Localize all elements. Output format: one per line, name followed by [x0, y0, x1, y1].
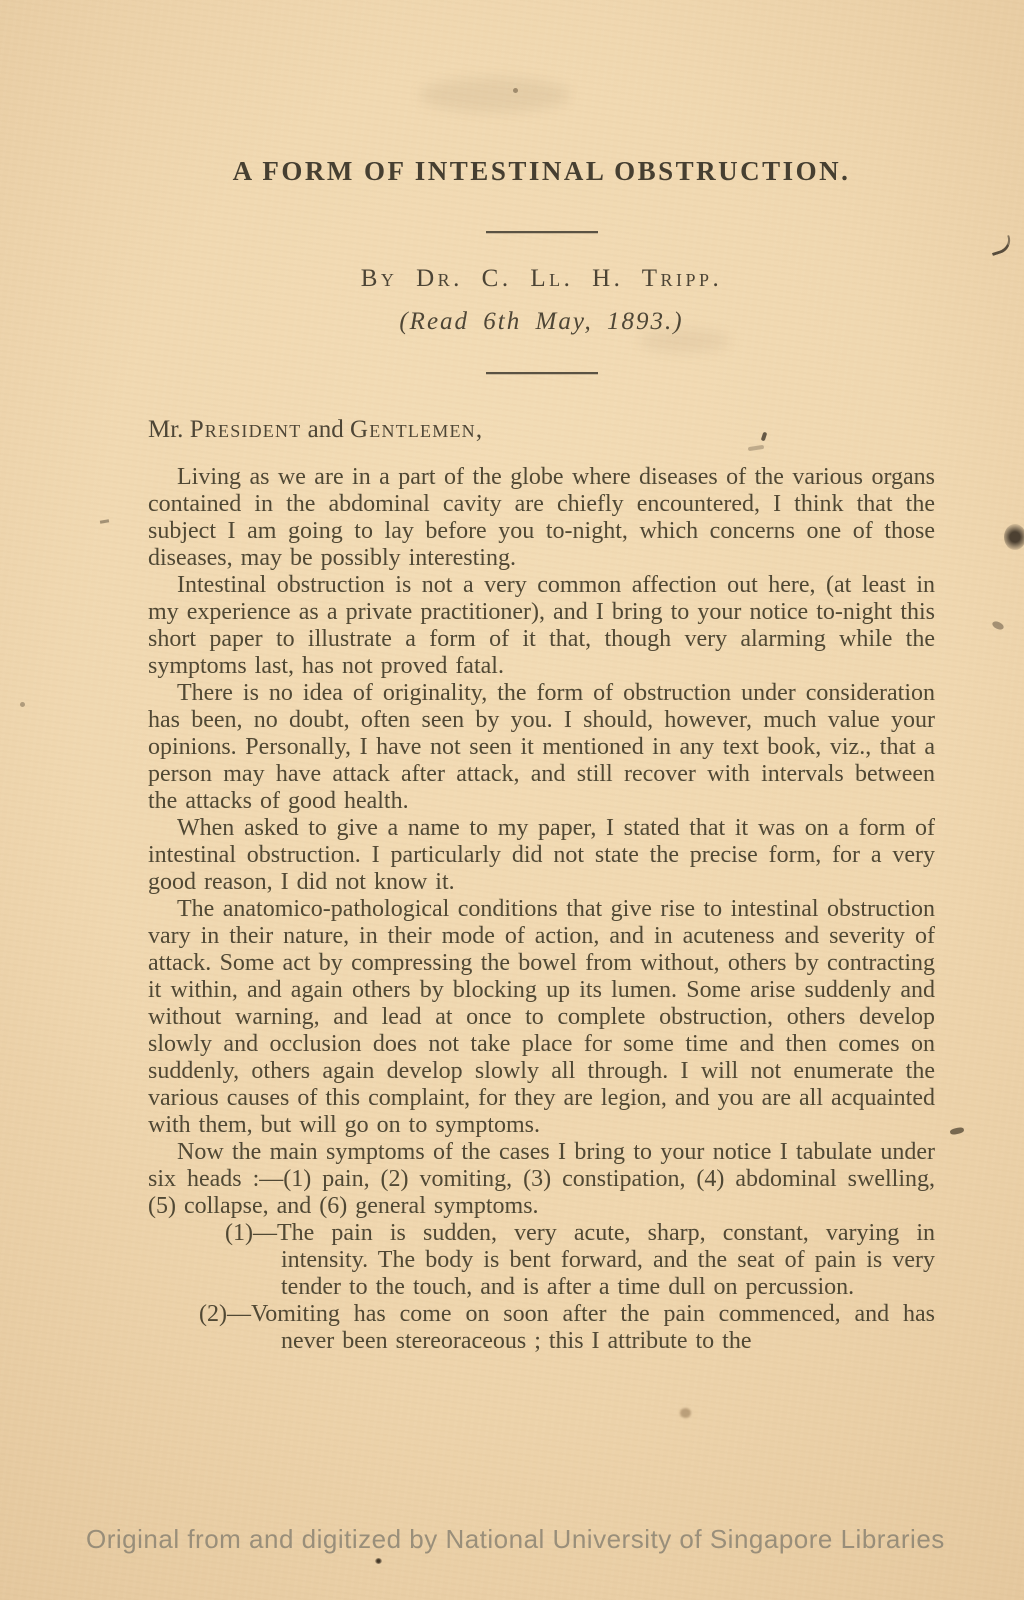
margin-pencil-dash — [100, 519, 109, 524]
salutation-prefix: Mr. — [148, 416, 183, 443]
divider-rule-top — [486, 231, 598, 233]
paragraph-intestinal-obstruction: Intestinal obstruction is not a very com… — [148, 572, 935, 680]
scanned-document-page: A FORM OF INTESTINAL OBSTRUCTION. By Dr.… — [0, 0, 1024, 1600]
paper-stain — [680, 1408, 691, 1418]
read-date-note: (Read 6th May, 1893.) — [148, 308, 935, 336]
page-content: A FORM OF INTESTINAL OBSTRUCTION. By Dr.… — [148, 0, 935, 1355]
paragraph-originality: There is no idea of originality, the for… — [148, 680, 935, 815]
divider-rule-bottom — [486, 372, 598, 374]
edge-ink-blot — [1004, 524, 1024, 550]
paragraph-six-heads: Now the main symptoms of the cases I bri… — [148, 1139, 935, 1220]
paragraph-living: Living as we are in a part of the globe … — [148, 464, 935, 572]
salutation-addressee-president: President — [190, 416, 302, 443]
edge-ink-mark — [988, 235, 1014, 256]
page-title: A FORM OF INTESTINAL OBSTRUCTION. — [148, 156, 935, 187]
paragraph-anatomico-pathological: The anatomico-pathological conditions th… — [148, 896, 935, 1139]
ink-speck — [375, 1558, 382, 1564]
salutation: Mr. President and Gentlemen, — [148, 416, 935, 444]
symptom-item-pain-label: (1)— — [225, 1220, 277, 1246]
salutation-addressee-gentlemen: Gentlemen, — [350, 416, 483, 443]
symptom-item-vomiting: (2)—Vomiting has come on soon after the … — [148, 1301, 935, 1355]
symptom-item-pain-text: The pain is sudden, very acute, sharp, c… — [277, 1220, 935, 1300]
edge-ink-mark — [950, 1127, 965, 1136]
symptom-item-vomiting-label: (2)— — [199, 1301, 251, 1327]
paper-speck — [20, 702, 25, 707]
symptom-item-vomiting-text: Vomiting has come on soon after the pain… — [251, 1301, 935, 1354]
digitization-watermark: Original from and digitized by National … — [86, 1524, 945, 1555]
edge-ink-mark — [991, 620, 1005, 631]
author-byline: By Dr. C. Ll. H. Tripp. — [148, 265, 935, 293]
symptom-item-pain: (1)—The pain is sudden, very acute, shar… — [148, 1220, 935, 1301]
paragraph-paper-name: When asked to give a name to my paper, I… — [148, 815, 935, 896]
salutation-conjunction: and — [308, 416, 344, 443]
body-text: Living as we are in a part of the globe … — [148, 464, 935, 1355]
